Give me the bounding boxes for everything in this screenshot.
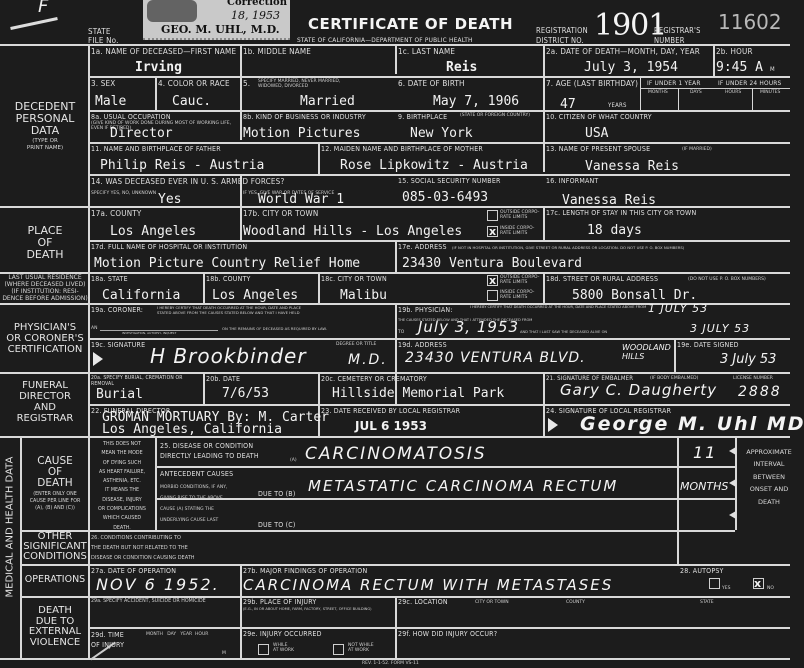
label-death-county: 17a. COUNTY (91, 209, 141, 218)
label-age: 7. AGE (LAST BIRTHDAY) (546, 79, 638, 88)
corner-marks: F (38, 0, 48, 17)
res-inside-limits-checkbox[interactable] (487, 290, 498, 301)
citizenship: USA (585, 126, 608, 141)
hours-col: HOURS (725, 90, 741, 95)
certificate-subtitle: STATE OF CALIFORNIA—DEPARTMENT OF PUBLIC… (297, 36, 473, 44)
section-operations: OPERATIONS (22, 574, 88, 586)
marital-note: SPECIFY MARRIED, NEVER MARRIED, WIDOWED,… (258, 79, 340, 89)
label-informant: 16. INFORMANT (546, 177, 598, 185)
label-first-name: 1a. NAME OF DECEASED—FIRST NAME (91, 47, 236, 56)
res-inside-limits-label: INSIDE CORPO- RATE LIMITS (500, 290, 534, 300)
label-date-of-death: 2a. DATE OF DEATH—MONTH, DAY, YEAR (546, 47, 700, 56)
death-county: Los Angeles (110, 224, 196, 239)
days-col: DAYS (690, 90, 702, 95)
label-physician-address: 19d. ADDRESS (398, 341, 447, 349)
label-date-of-birth: 6. DATE OF BIRTH (398, 79, 465, 88)
residence-city: Malibu (340, 288, 387, 303)
label-county: COUNTY (566, 600, 585, 605)
date-signed: 3 July 53 (720, 352, 776, 367)
label-signature: 19c. SIGNATURE (91, 341, 145, 349)
coroner-text-5: INVESTIGATION, AUTOPSY, INQUEST (122, 331, 176, 336)
not-while-at-work-label: NOT WHILE AT WORK (348, 643, 374, 653)
hour-of-death: 9:45 A (716, 60, 763, 75)
cemetery: Hillside Memorial Park (332, 386, 504, 401)
label-city-or-town: CITY OR TOWN (475, 600, 509, 605)
label-disposition: 20a. SPECIFY BURIAL, CREMATION OR REMOVA… (91, 375, 199, 387)
armed-forces: Yes (158, 192, 181, 207)
attended-to: July 3, 1953 (418, 318, 519, 336)
section-physician: PHYSICIAN'S OR CORONER'S CERTIFICATION (2, 322, 88, 355)
label-physician: 19b. PHYSICIAN: (398, 306, 453, 314)
label-birthplace: 9. BIRTHPLACE (398, 113, 447, 121)
death-address: 23430 Ventura Boulevard (402, 256, 582, 271)
label-marital: 5. (243, 79, 250, 88)
stamp-date: 18, 1953 (231, 9, 280, 22)
label-date-received: 23. DATE RECEIVED BY LOCAL REGISTRAR (321, 407, 460, 415)
funeral-director-city: Los Angeles, California (102, 422, 282, 437)
section-decedent: DECEDENT PERSONAL DATA (5, 101, 85, 137)
label-injury-occurred: 29e. INJURY OCCURRED (243, 630, 322, 638)
label-res-state: 18a. STATE (91, 275, 128, 283)
war-service: World War 1 (258, 192, 344, 207)
label-disposition-date: 20b. DATE (206, 375, 240, 383)
embalmer-signature: Gary C. Daugherty (560, 381, 717, 399)
hospital-name: Motion Picture Country Relief Home (94, 256, 360, 271)
disposition: Burial (96, 387, 143, 402)
physician-text-1: I HEREBY CERTIFY THAT DEATH OCCURRED AT … (470, 305, 646, 310)
label-contributing: 26. CONDITIONS CONTRIBUTING TO THE DEATH… (91, 533, 195, 563)
label-due-to-c: DUE TO (C) (258, 521, 296, 529)
physician-text-4: AND THAT I LAST SAW THE DECEASED ALIVE O… (520, 330, 607, 335)
section-funeral: FUNERAL DIRECTOR AND REGISTRAR (5, 380, 85, 424)
time-columns: MONTH DAY YEAR HOUR (146, 632, 208, 637)
date-received: JUL 6 1953 (355, 419, 427, 433)
interval-arrow-b (729, 479, 736, 487)
label-place-of-injury: 29b. PLACE OF INJURY (243, 598, 316, 606)
res-outside-limits-check-mark: x (489, 276, 496, 286)
label-date-signed: 19e. DATE SIGNED (677, 341, 739, 349)
stamp-correction-text: Correction (227, 0, 287, 8)
label-hospital: 17d. FULL NAME OF HOSPITAL OR INSTITUTIO… (91, 243, 247, 251)
section-external-violence: DEATH DUE TO EXTERNAL VIOLENCE (22, 606, 88, 648)
label-spouse: 13. NAME OF PRESENT SPOUSE (546, 145, 650, 153)
age-unit: YEARS (608, 102, 627, 109)
label-citizenship: 10. CITIZEN OF WHAT COUNTRY (546, 113, 652, 121)
physician-address-city: WOODLAND HILLS (622, 343, 668, 361)
label-license: LICENSE NUMBER (733, 376, 773, 381)
label-death-city: 17b. CITY OR TOWN (243, 209, 318, 218)
months-col: MONTHS (648, 90, 668, 95)
spouse: Vanessa Reis (585, 159, 679, 174)
registrars-number: 11602 (718, 10, 782, 34)
section-cause-of-death: CAUSE OF DEATH (22, 456, 88, 489)
residence-county: Los Angeles (212, 288, 298, 303)
label-death-address: 17e. ADDRESS (398, 243, 447, 251)
res-outside-limits-label: OUTSIDE CORPO- RATE LIMITS (500, 275, 539, 285)
correction-stamp: Correction 18, 1953 GEO. M. UHL, M.D. (143, 0, 290, 40)
residence-address: 5800 Bonsall Dr. (572, 288, 697, 303)
label-mother: 12. MAIDEN NAME AND BIRTHPLACE OF MOTHER (321, 145, 483, 153)
autopsy-no-check-mark: x (754, 579, 761, 589)
under-24-hours: IF UNDER 24 HOURS (718, 79, 781, 87)
last-seen-alive: 3 JULY 53 (690, 322, 750, 335)
informant: Vanessa Reis (562, 193, 656, 208)
cause-b: METASTATIC CARCINOMA RECTUM (308, 477, 618, 495)
marital-status: Married (300, 94, 355, 109)
label-state: STATE (700, 600, 714, 605)
label-autopsy: 28. AUTOPSY (680, 567, 724, 575)
cause-a: CARCINOMATOSIS (305, 444, 487, 464)
section-place-of-death: PLACE OF DEATH (5, 225, 85, 261)
death-address-note: (IF NOT IN HOSPITAL OR INSTITUTION, GIVE… (452, 245, 684, 250)
spouse-note: (IF MARRIED) (682, 147, 712, 152)
birthplace: New York (410, 126, 473, 141)
coroner-text-4: ON THE REMAINS OF DECEASED AS REQUIRED B… (222, 326, 327, 331)
father: Philip Reis - Austria (100, 158, 264, 173)
birthplace-note: (STATE OR FOREIGN COUNTRY) (460, 113, 530, 118)
label-res-county: 18b. COUNTY (206, 275, 251, 283)
physician-signature: H Brookbinder (150, 344, 307, 368)
mode-note: THIS DOES NOT MEAN THE MODE OF DYING SUC… (89, 440, 155, 533)
death-city: Woodland Hills - Los Angeles (243, 224, 462, 239)
physician-text-3: TO (398, 330, 404, 335)
label-industry: 8b. KIND OF BUSINESS OR INDUSTRY (243, 113, 366, 121)
section-last-residence: LAST USUAL RESIDENCE (WHERE DECEASED LIV… (1, 274, 89, 302)
under-one-year: IF UNDER 1 YEAR (647, 79, 701, 87)
autopsy-no-label: NO (767, 586, 774, 591)
coroner-text-3: AN (91, 326, 97, 331)
date-of-death: July 3, 1954 (584, 60, 678, 75)
disposition-date: 7/6/53 (222, 386, 269, 401)
occupation: Director (110, 126, 173, 141)
label-race: 4. COLOR OR RACE (158, 79, 230, 88)
date-of-birth: May 7, 1906 (433, 94, 519, 109)
length-of-stay: 18 days (587, 223, 642, 238)
label-father: 11. NAME AND BIRTHPLACE OF FATHER (91, 145, 221, 153)
antecedent-note: MORBID CONDITIONS, IF ANY, GIVING RISE T… (160, 482, 227, 526)
time-m: M (222, 651, 226, 656)
inside-limits-check-mark: x (489, 227, 496, 237)
stamp-smudge (147, 0, 197, 22)
label-due-to-b: DUE TO (B) (258, 490, 295, 498)
place-of-injury-note: (E.G., IN OR ABOUT HOME, FARM, FACTORY, … (243, 607, 393, 612)
registrars-number-label: REGISTRAR'S NUMBER (654, 26, 701, 46)
label-armed-forces: 14. WAS DECEASED EVER IN U. S. ARMED FOR… (91, 177, 284, 186)
cause-a-tag: (A) (290, 458, 297, 463)
label-how-injury: 29f. HOW DID INJURY OCCUR? (398, 630, 497, 638)
corner-scribble (10, 17, 58, 30)
autopsy-yes-label: YES (722, 586, 730, 591)
cause-note: (ENTER ONLY ONE CAUSE PER LINE FOR (A), … (21, 491, 89, 512)
interval-label: APPROXIMATE INTERVAL BETWEEN ONSET AND D… (736, 449, 802, 505)
label-hour: 2b. HOUR (716, 47, 753, 56)
res-address-note: (DO NOT USE P. O. BOX NUMBERS) (688, 277, 766, 282)
last-name: Reis (446, 60, 477, 75)
interval-arrow-a (729, 447, 736, 455)
armed-forces-note: SPECIFY YES, NO, UNKNOWN (91, 191, 156, 196)
label-location: 29c. LOCATION (398, 598, 448, 606)
hour-m: M (770, 66, 775, 73)
operation-date: NOV 6 1952. (96, 575, 220, 594)
label-last-name: 1c. LAST NAME (398, 47, 455, 56)
label-res-city: 18c. CITY OR TOWN (321, 275, 387, 283)
label-res-address: 18d. STREET OR RURAL ADDRESS (546, 275, 658, 283)
registrar-pointer-icon (548, 418, 558, 432)
degree: M.D. (348, 352, 388, 368)
label-accident: 29a. SPECIFY ACCIDENT, SUICIDE OR HOMICI… (91, 599, 206, 604)
interval-a: 11 (693, 443, 717, 462)
label-operation-findings: 27b. MAJOR FINDINGS OF OPERATION (243, 567, 367, 575)
not-while-at-work-checkbox[interactable] (333, 644, 344, 655)
interval-arrow-c (729, 511, 736, 519)
residence-state: California (102, 288, 180, 303)
operation-findings: CARCINOMA RECTUM WITH METASTASES (243, 576, 613, 594)
label-disease: 25. DISEASE OR CONDITION DIRECTLY LEADIN… (160, 441, 259, 461)
label-middle-name: 1b. MIDDLE NAME (243, 47, 311, 56)
sex: Male (95, 94, 126, 109)
outside-limits-label: OUTSIDE CORPO- RATE LIMITS (500, 210, 539, 220)
inside-limits-label: INSIDE CORPO- RATE LIMITS (500, 226, 534, 236)
label-ssn: 15. SOCIAL SECURITY NUMBER (398, 177, 501, 185)
while-at-work-label: WHILE AT WORK (273, 643, 294, 653)
section-medical-vertical: MEDICAL AND HEALTH DATA (5, 474, 16, 598)
stamp-name: GEO. M. UHL, M.D. (161, 23, 280, 36)
mother: Rose Lipkowitz - Austria (340, 158, 528, 173)
section-other-conditions: OTHER SIGNIFICANT CONDITIONS (22, 532, 88, 562)
autopsy-yes-checkbox[interactable] (709, 578, 720, 589)
minutes-col: MINUTES (760, 90, 780, 95)
label-antecedent: ANTECEDENT CAUSES (160, 470, 233, 478)
social-security-number: 085-03-6493 (402, 190, 488, 205)
physician-address: 23430 VENTURA BLVD. (405, 350, 586, 366)
state-file-label: STATE FILE No. (88, 27, 119, 45)
attended-from: 1 JULY 53 (648, 302, 708, 315)
label-sex: 3. SEX (91, 79, 115, 88)
label-occupation: 8a. USUAL OCCUPATION (91, 113, 171, 121)
interval-b: MONTHS (680, 480, 728, 493)
registrar-signature: George M. Uhl MD (580, 413, 804, 435)
label-operation-date: 27a. DATE OF OPERATION (91, 567, 176, 575)
industry: Motion Pictures (243, 126, 360, 141)
registration-district-label: REGISTRATION DISTRICT NO. (536, 26, 588, 46)
label-cemetery: 20c. CEMETERY OR CREMATORY (321, 375, 427, 383)
form-footer: REV. 1-1-52. FORM VS-11 (362, 661, 419, 666)
label-length-of-stay: 17c. LENGTH OF STAY IN THIS CITY OR TOWN (546, 209, 696, 217)
license-number: 2888 (738, 384, 782, 400)
signature-pointer-icon (93, 352, 103, 366)
age: 47 (560, 97, 576, 112)
first-name: Irving (135, 60, 182, 75)
label-degree: DEGREE OR TITLE (336, 342, 376, 347)
race: Cauc. (172, 94, 211, 109)
coroner-text-2: STATED ABOVE FROM THE CAUSES STATED BELO… (157, 310, 300, 315)
section-decedent-note: (TYPE OR PRINT NAME) (5, 138, 85, 152)
outside-limits-checkbox[interactable] (487, 210, 498, 221)
while-at-work-checkbox[interactable] (258, 644, 269, 655)
label-coroner: 19a. CORONER: (91, 306, 143, 314)
certificate-title: CERTIFICATE OF DEATH (308, 15, 513, 33)
